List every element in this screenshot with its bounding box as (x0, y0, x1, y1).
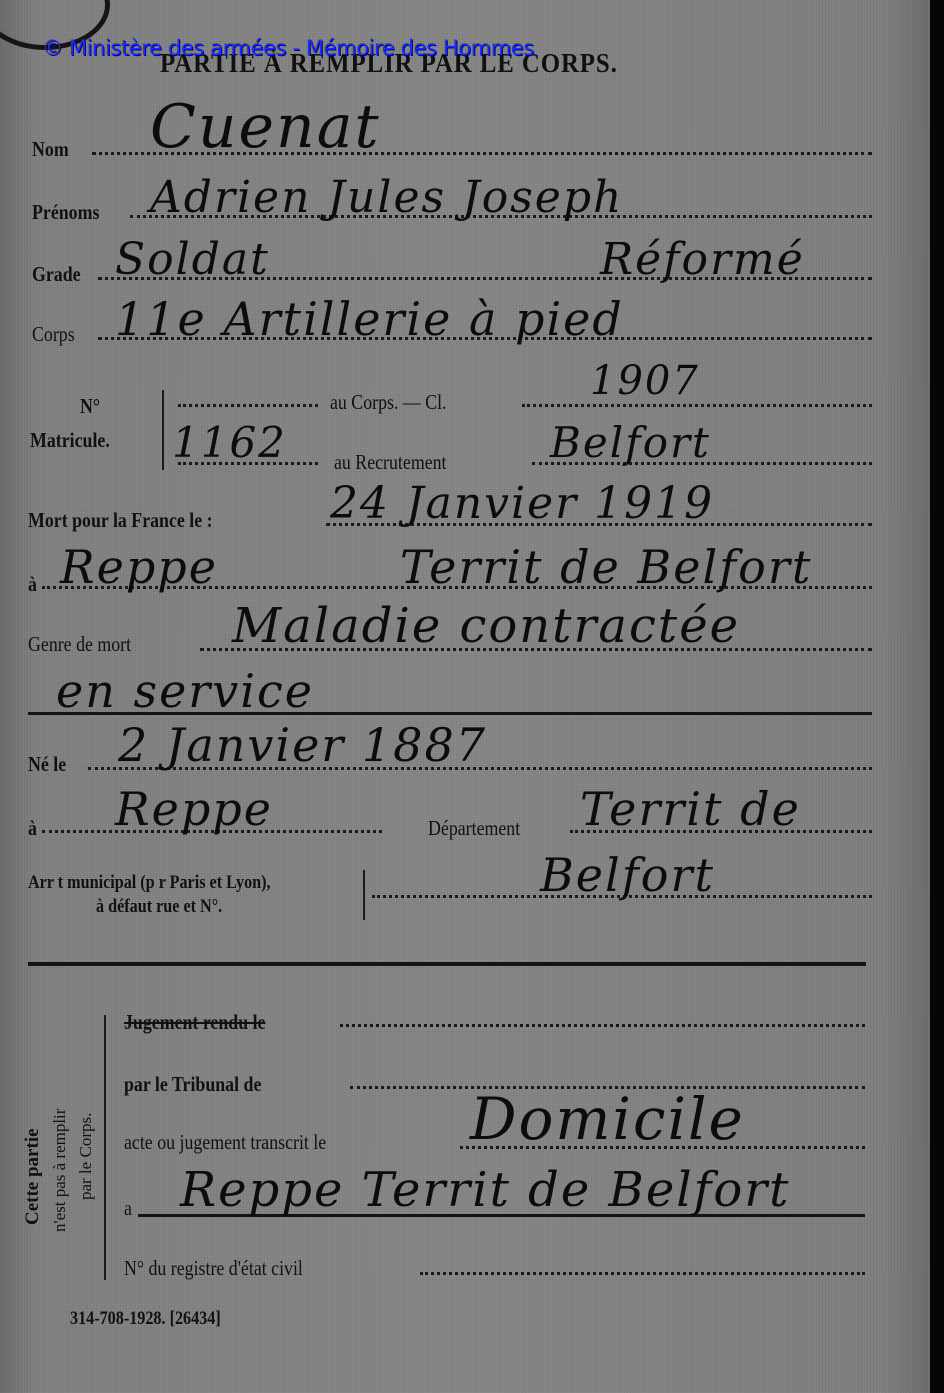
ne-lieu-value: Reppe (115, 782, 273, 836)
departement-value-2: Belfort (540, 848, 715, 902)
classe-value: 1907 (590, 358, 700, 404)
matricule-corps-line (178, 404, 318, 407)
transcription-a-value: Reppe Territ de Belfort (180, 1162, 790, 1218)
corps-label: Corps (32, 322, 75, 347)
departement-value: Territ de (580, 782, 801, 836)
matricule-brace (162, 390, 164, 470)
prenoms-value: Adrien Jules Joseph (150, 172, 623, 223)
genre-label: Genre de mort (28, 632, 131, 657)
ne-date-value: 2 Janvier 1887 (118, 718, 487, 772)
scan-edge (930, 0, 944, 1393)
ne-a-label: à (28, 816, 37, 841)
mort-label: Mort pour la France le : (28, 508, 213, 533)
recrutement-value: Belfort (550, 418, 711, 467)
departement-label: Département (428, 816, 520, 841)
print-reference: 314-708-1928. [26434] (70, 1308, 221, 1330)
classe-line (522, 404, 872, 407)
grade-value: Soldat (115, 234, 270, 285)
arr-brace (363, 870, 365, 920)
nom-value: Cuenat (150, 92, 381, 162)
au-corps-label: au Corps. — Cl. (330, 390, 447, 415)
grade-value-2: Réformé (600, 234, 805, 285)
side-brace (104, 1015, 106, 1280)
corps-value: 11e Artillerie à pied (115, 292, 624, 346)
matricule-label-no: N° (80, 394, 100, 419)
ne-label: Né le (28, 752, 66, 777)
genre-value: Maladie contractée (232, 598, 740, 654)
au-recrutement-label: au Recrutement (334, 450, 447, 475)
registre-line (420, 1272, 865, 1275)
matricule-value: 1162 (172, 418, 287, 467)
acte-label: acte ou jugement transcrit le (124, 1130, 326, 1155)
arr-label-1: Arr t municipal (p r Paris et Lyon), (28, 872, 271, 894)
side-note-2: n'est pas à remplir (50, 1109, 70, 1232)
jugement-label: Jugement rendu le (124, 1010, 265, 1035)
mort-date-value: 24 Janvier 1919 (330, 478, 714, 529)
jugement-line (340, 1024, 865, 1027)
mort-lieu-value-2: Territ de Belfort (400, 540, 812, 594)
grade-label: Grade (32, 262, 81, 287)
transcription-a-label: a (124, 1196, 132, 1221)
matricule-label: Matricule. (30, 428, 110, 453)
side-note-1: Cette partie (22, 1128, 44, 1225)
prenoms-label: Prénoms (32, 200, 99, 225)
arr-label-2: à défaut rue et N°. (96, 896, 222, 918)
mort-lieu-value: Reppe (60, 540, 218, 594)
document-scan: © Ministère des armées - Mémoire des Hom… (0, 0, 930, 1393)
section-divider (28, 962, 866, 966)
side-note-3: par le Corps. (76, 1113, 96, 1200)
acte-value: Domicile (470, 1085, 745, 1153)
genre-value-2: en service (56, 664, 314, 718)
mort-a-label: à (28, 572, 37, 597)
nom-label: Nom (32, 137, 69, 162)
registre-label: N° du registre d'état civil (124, 1256, 303, 1281)
copyright-watermark: © Ministère des armées - Mémoire des Hom… (42, 36, 534, 60)
tribunal-label: par le Tribunal de (124, 1072, 261, 1097)
